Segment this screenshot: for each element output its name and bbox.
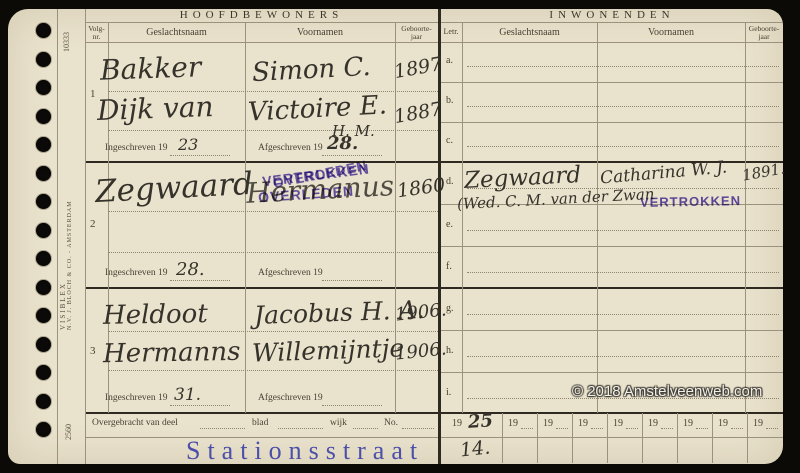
writing-line <box>322 280 382 281</box>
punch-hole <box>36 251 51 266</box>
writing-line <box>467 230 779 231</box>
year-cell-value: 25 <box>467 410 493 433</box>
rule <box>440 330 783 331</box>
rule <box>85 412 783 414</box>
rule <box>537 413 538 463</box>
year-cell-prefix: 19 <box>508 418 518 429</box>
year-cell-prefix: 19 <box>683 418 693 429</box>
row-letter: f. <box>446 261 452 272</box>
punch-hole <box>36 422 51 437</box>
row-letter: g. <box>446 303 454 314</box>
punch-hole <box>36 308 51 323</box>
col-header-surname-left: Geslachtsnaam <box>108 27 245 38</box>
street-name-stamp: Stationsstraat <box>186 436 424 466</box>
rule <box>440 82 783 83</box>
rule <box>462 22 463 413</box>
writing-line <box>661 428 673 429</box>
year-cell-prefix: 19 <box>452 418 462 429</box>
ingeschreven-year: 23 <box>178 135 198 154</box>
writing-line <box>170 280 230 281</box>
afgeschreven-label: Afgeschreven 19 <box>258 393 323 403</box>
col-header-firstnames-right: Voornamen <box>597 27 745 38</box>
firstnames-entry: Simon C. <box>251 52 371 88</box>
col-header-surname-right: Geslachtsnaam <box>462 27 597 38</box>
writing-line <box>467 272 779 273</box>
writing-line <box>467 314 779 315</box>
row-letter: c. <box>446 135 453 146</box>
row-letter: i. <box>446 387 451 398</box>
card-stock-number-bottom: 2560 <box>64 400 73 440</box>
col-header-birthyear-left-line2: jaar <box>411 32 422 41</box>
wijk-label: wijk <box>330 418 347 428</box>
section-title-inwonenden: INWONENDEN <box>441 9 783 21</box>
surname-entry: Hermanns <box>103 337 241 369</box>
writing-line <box>170 155 230 156</box>
punch-hole <box>36 365 51 380</box>
surname-entry: Dijk van <box>96 90 214 127</box>
writing-line <box>278 428 323 429</box>
writing-line <box>322 155 382 156</box>
writing-line <box>626 428 638 429</box>
col-header-volgnr: Volg- nr. <box>85 25 108 41</box>
col-header-birthyear-right-line2: jaar <box>758 32 769 41</box>
card-stock-number-top: 10333 <box>62 10 71 52</box>
ingeschreven-year: 31. <box>174 385 201 405</box>
col-header-birthyear-left: Geboorte- jaar <box>395 25 438 41</box>
year-cell-prefix: 19 <box>543 418 553 429</box>
surname-entry: Heldoot <box>103 299 208 331</box>
rule <box>85 9 86 464</box>
writing-line <box>108 130 438 131</box>
punch-hole <box>36 80 51 95</box>
writing-line <box>467 356 779 357</box>
writing-line <box>731 428 743 429</box>
register-card-scan: 10333 VISIBLEX N.V. J. BLOCH & CO. - AMS… <box>0 0 800 473</box>
ingeschreven-year: 28. <box>176 259 205 280</box>
ingeschreven-label: Ingeschreven 19 <box>105 268 168 278</box>
no-label: No. <box>384 418 398 428</box>
row-letter: d. <box>446 176 454 187</box>
writing-line <box>402 428 434 429</box>
surname-entry: Bakker <box>99 50 201 87</box>
year-cell-prefix: 19 <box>753 418 763 429</box>
entry-number: 2 <box>90 218 96 230</box>
punch-hole <box>36 394 51 409</box>
col-header-firstnames-left: Voornamen <box>245 27 395 38</box>
margin-rule <box>57 9 58 464</box>
col-header-birthyear-right: Geboorte- jaar <box>745 25 783 41</box>
writing-line <box>467 146 779 147</box>
afgeschreven-label: Afgeschreven 19 <box>258 268 323 278</box>
printer-brand: VISIBLEX <box>59 140 67 330</box>
blad-label: blad <box>252 418 268 428</box>
transfer-label: Overgebracht van deel <box>92 418 178 428</box>
writing-line <box>353 428 378 429</box>
writing-line <box>591 428 603 429</box>
punch-hole <box>36 109 51 124</box>
vertrokken-stamp: VERTROKKEN <box>640 193 741 210</box>
rule <box>712 413 713 463</box>
section-divider-rule <box>438 9 441 464</box>
writing-line <box>322 405 382 406</box>
entry-number: 3 <box>90 345 96 357</box>
punch-hole <box>36 223 51 238</box>
rule <box>747 413 748 463</box>
year-cell-prefix: 19 <box>613 418 623 429</box>
row-letter: a. <box>446 55 453 66</box>
rule <box>677 413 678 463</box>
printer-address: N.V. J. BLOCH & CO. - AMSTERDAM <box>67 140 73 330</box>
rule <box>572 413 573 463</box>
punch-hole <box>36 23 51 38</box>
year-cell-prefix: 19 <box>718 418 728 429</box>
house-number: 14. <box>459 436 491 461</box>
rule <box>440 246 783 247</box>
year-cell-prefix: 19 <box>648 418 658 429</box>
row-letter: b. <box>446 95 454 106</box>
ingeschreven-label: Ingeschreven 19 <box>105 393 168 403</box>
writing-line <box>521 428 533 429</box>
writing-line <box>556 428 568 429</box>
rule <box>440 372 783 373</box>
punch-hole <box>36 137 51 152</box>
row-letter: h. <box>446 345 454 356</box>
writing-line <box>200 428 245 429</box>
watermark: © 2018 Amstelveenweb.com <box>572 383 762 400</box>
rule <box>440 122 783 123</box>
writing-line <box>108 331 438 332</box>
printer-imprint: VISIBLEX N.V. J. BLOCH & CO. - AMSTERDAM <box>59 140 73 330</box>
rule <box>607 413 608 463</box>
writing-line <box>108 370 438 371</box>
row-letter: e. <box>446 219 453 230</box>
punch-hole <box>36 194 51 209</box>
writing-line <box>170 405 230 406</box>
afgeschreven-year: 28. <box>327 133 358 154</box>
rule <box>745 22 746 413</box>
rule <box>642 413 643 463</box>
punch-hole <box>36 166 51 181</box>
firstnames-entry: Willemijntje <box>252 333 405 367</box>
punch-hole <box>36 280 51 295</box>
ingeschreven-label: Ingeschreven 19 <box>105 143 168 153</box>
rule <box>502 413 503 463</box>
punch-hole <box>36 337 51 352</box>
rule <box>85 287 783 289</box>
col-header-volgnr-line2: nr. <box>93 32 101 41</box>
section-title-hoofdbewoners: HOOFDBEWONERS <box>85 9 438 21</box>
writing-line <box>467 66 779 67</box>
rule <box>245 22 246 413</box>
afgeschreven-label: Afgeschreven 19 <box>258 143 323 153</box>
writing-line <box>766 428 778 429</box>
rule <box>85 22 783 23</box>
writing-line <box>467 106 779 107</box>
writing-line <box>108 252 438 253</box>
writing-line <box>696 428 708 429</box>
year-cell-prefix: 19 <box>578 418 588 429</box>
writing-line <box>108 211 438 212</box>
rule <box>597 22 598 413</box>
punch-hole <box>36 52 51 67</box>
col-header-letter: Letr. <box>440 27 462 36</box>
entry-number: 1 <box>90 88 96 100</box>
rule <box>85 42 783 43</box>
